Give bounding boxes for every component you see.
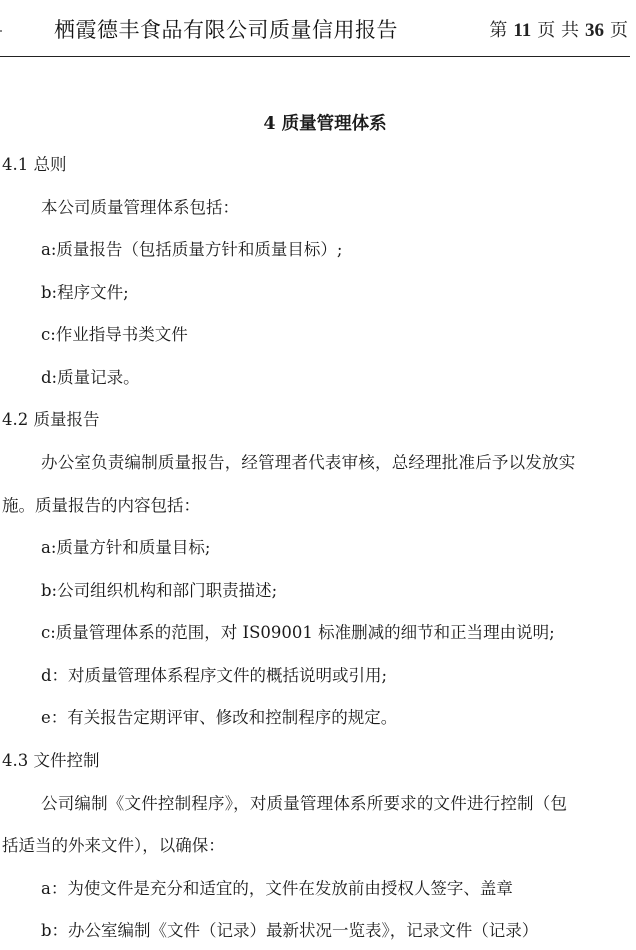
- paragraph-line: 公司编制《文件控制程序》，对质量管理体系所要求的文件进行控制（包: [41, 790, 567, 814]
- current-page-number: 11: [513, 20, 531, 41]
- list-item-b: b:公司组织机构和部门职责描述;: [41, 577, 277, 601]
- section-heading-4-2: 4.2 质量报告: [2, 406, 100, 430]
- header-divider: [0, 56, 630, 57]
- total-page-number: 36: [585, 20, 604, 41]
- section-heading-4-3: 4.3 文件控制: [2, 747, 100, 771]
- page-counter: 第11页 共36页: [489, 16, 628, 42]
- margin-mark: [0, 30, 2, 32]
- page-prefix: 第: [489, 20, 507, 41]
- list-item-d: d：对质量管理体系程序文件的概括说明或引用;: [41, 662, 387, 686]
- page-suffix: 页: [610, 20, 628, 41]
- chapter-title: 4 质量管理体系: [0, 110, 636, 135]
- list-item-c: c:质量管理体系的范围，对 IS09001 标准删减的细节和正当理由说明;: [41, 619, 555, 643]
- report-title: 栖霞德丰食品有限公司质量信用报告: [54, 14, 398, 44]
- list-item-a: a:质量方针和质量目标;: [41, 534, 210, 558]
- page-mid: 页 共: [537, 20, 579, 41]
- list-item-e: e：有关报告定期评审、修改和控制程序的规定。: [41, 704, 397, 728]
- page-header: 栖霞德丰食品有限公司质量信用报告 第11页 共36页: [0, 0, 636, 58]
- list-item-a: a：为使文件是充分和适宜的，文件在发放前由授权人签字、盖章: [41, 875, 513, 899]
- section-heading-4-1: 4.1 总则: [2, 151, 67, 175]
- paragraph-line: 本公司质量管理体系包括：: [41, 194, 239, 218]
- list-item-b: b：办公室编制《文件（记录）最新状况一览表》，记录文件（记录）: [41, 917, 538, 941]
- paragraph-line: 施。质量报告的内容包括：: [2, 492, 200, 516]
- list-item-a: a:质量报告（包括质量方针和质量目标）;: [41, 236, 342, 260]
- paragraph-line: 括适当的外来文件），以确保：: [2, 832, 225, 856]
- list-item-d: d:质量记录。: [41, 364, 140, 388]
- list-item-b: b:程序文件;: [41, 279, 129, 303]
- paragraph-line: 办公室负责编制质量报告，经管理者代表审核，总经理批准后予以发放实: [41, 449, 575, 473]
- list-item-c: c:作业指导书类文件: [41, 321, 188, 345]
